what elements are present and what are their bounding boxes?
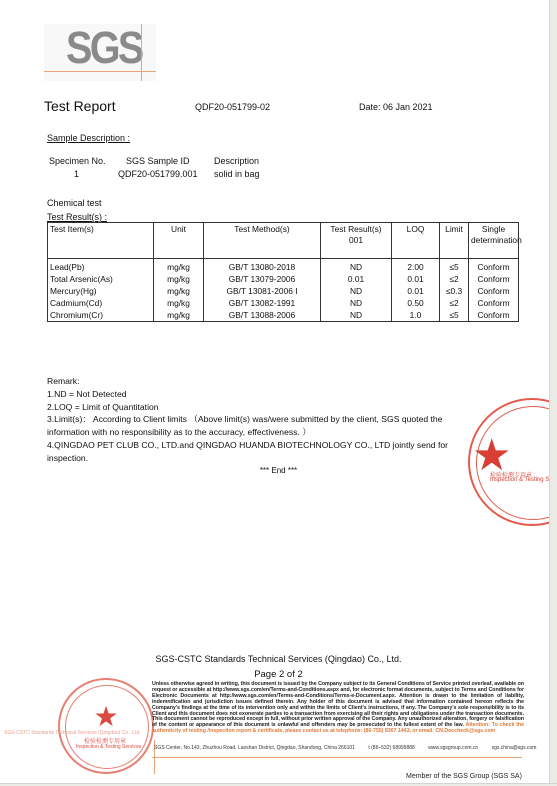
sample-description-heading: Sample Description :: [47, 133, 130, 143]
col-header-result: Test Result(s) 001: [321, 223, 392, 259]
report-date: Date: 06 Jan 2021: [359, 102, 433, 112]
cell-unit: mg/kg: [154, 259, 204, 274]
cell-test-item: Lead(Pb): [48, 259, 154, 274]
table-row: Cadmium(Cd) mg/kg GB/T 13082-1991 ND 0.5…: [48, 297, 519, 309]
test-results-table: Test Item(s) Unit Test Method(s) Test Re…: [47, 222, 519, 322]
cell-loq: 2.00: [392, 259, 440, 274]
logo-rule-vertical: [141, 24, 142, 81]
cell-result: ND: [321, 309, 392, 322]
table-header-row: Test Item(s) Unit Test Method(s) Test Re…: [48, 223, 519, 259]
footer-rule-horizontal: [152, 757, 522, 758]
page-number: Page 2 of 2: [0, 669, 557, 680]
seal-en-text: Inspection & Testing Services: [490, 477, 557, 483]
cell-loq: 0.01: [392, 273, 440, 285]
remark-item: 2.LOQ = Limit of Quantitation: [47, 401, 487, 414]
cell-method: GB/T 13079-2006: [204, 273, 321, 285]
sample-id: QDF20-051799.001: [118, 169, 198, 179]
cell-determination: Conform: [469, 273, 519, 285]
col-header-determination: Single determination: [469, 223, 519, 259]
cell-determination: Conform: [469, 309, 519, 322]
cell-test-item: Total Arsenic(As): [48, 273, 154, 285]
terms-text: Unless otherwise agreed in writing, this…: [152, 681, 524, 728]
col-header-loq: LOQ: [392, 223, 440, 259]
cell-result: ND: [321, 297, 392, 309]
sample-header-description: Description: [214, 156, 259, 166]
cell-loq: 0.01: [392, 285, 440, 297]
remark-section: Remark: 1.ND = Not Detected 2.LOQ = Limi…: [47, 375, 487, 465]
sgs-member-statement: Member of the SGS Group (SGS SA): [406, 773, 522, 780]
seal-en-text: Inspection & Testing Services: [76, 744, 141, 750]
remark-item: 4.QINGDAO PET CLUB CO., LTD.and QINGDAO …: [47, 439, 487, 465]
cell-limit: ≤2: [440, 273, 469, 285]
remark-title: Remark:: [47, 375, 487, 388]
chemical-test-label: Chemical test: [47, 198, 102, 208]
footer-phone: t (86–532) 68999888: [368, 745, 414, 751]
cell-test-item: Chromium(Cr): [48, 309, 154, 322]
remark-item: 3.Limit(s)： According to Client limits （…: [47, 413, 487, 439]
cell-test-item: Mercury(Hg): [48, 285, 154, 297]
cell-unit: mg/kg: [154, 273, 204, 285]
cell-loq: 0.50: [392, 297, 440, 309]
sgs-logo-text: SGS: [66, 22, 142, 74]
sample-header-id: SGS Sample ID: [126, 156, 190, 166]
col-header-limit: Limit: [440, 223, 469, 259]
sample-header-specimen: Specimen No.: [49, 156, 106, 166]
cell-determination: Conform: [469, 297, 519, 309]
cell-test-item: Cadmium(Cd): [48, 297, 154, 309]
footer-address: SGS Center, No.143, Zhuzhou Road, Laosha…: [154, 745, 355, 751]
cell-loq: 1.0: [392, 309, 440, 322]
terms-and-conditions: Unless otherwise agreed in writing, this…: [152, 682, 524, 735]
cell-limit: ≤0.3: [440, 285, 469, 297]
table-row: Lead(Pb) mg/kg GB/T 13080-2018 ND 2.00 ≤…: [48, 259, 519, 274]
seal-star-icon: ★: [60, 700, 152, 733]
sgs-logo: SGS: [44, 24, 156, 81]
cell-limit: ≤2: [440, 297, 469, 309]
table-row: Mercury(Hg) mg/kg GB/T 13081-2006 I ND 0…: [48, 285, 519, 297]
col-header-test-item: Test Item(s): [48, 223, 154, 259]
cell-unit: mg/kg: [154, 309, 204, 322]
cell-result: 0.01: [321, 273, 392, 285]
cell-unit: mg/kg: [154, 285, 204, 297]
seal-ring-text: SGS-CSTC Standards Technical Services (Q…: [4, 730, 141, 736]
remark-item: 1.ND = Not Detected: [47, 388, 487, 401]
footer-website[interactable]: www.sgsgroup.com.cn: [428, 745, 478, 751]
official-seal-left: ★ 检验检测专用章 Inspection & Testing Services: [58, 678, 154, 774]
cell-limit: ≤5: [440, 309, 469, 322]
footer-address-bar: SGS Center, No.143, Zhuzhou Road, Laosha…: [154, 745, 524, 751]
cell-result: ND: [321, 285, 392, 297]
cell-method: GB/T 13088-2006: [204, 309, 321, 322]
cell-unit: mg/kg: [154, 297, 204, 309]
report-page: SGS Test Report QDF20-051799-02 Date: 06…: [0, 0, 549, 783]
vertical-scrollbar[interactable]: [549, 0, 557, 786]
logo-rule-horizontal: [44, 71, 156, 72]
col-header-method: Test Method(s): [204, 223, 321, 259]
cell-method: GB/T 13080-2018: [204, 259, 321, 274]
cell-method: GB/T 13081-2006 I: [204, 285, 321, 297]
test-results-heading: Test Result(s) :: [47, 212, 107, 222]
cell-determination: Conform: [469, 259, 519, 274]
cell-method: GB/T 13082-1991: [204, 297, 321, 309]
cell-determination: Conform: [469, 285, 519, 297]
sample-specimen-no: 1: [74, 169, 79, 179]
report-title: Test Report: [44, 98, 116, 114]
sample-description: solid in bag: [214, 169, 260, 179]
report-number: QDF20-051799-02: [195, 102, 270, 112]
table-row: Chromium(Cr) mg/kg GB/T 13088-2006 ND 1.…: [48, 309, 519, 322]
footer-company-name: SGS-CSTC Standards Technical Services (Q…: [0, 654, 557, 664]
footer-email[interactable]: sgs.china@sgs.com: [492, 745, 537, 751]
table-row: Total Arsenic(As) mg/kg GB/T 13079-2006 …: [48, 273, 519, 285]
cell-limit: ≤5: [440, 259, 469, 274]
col-header-unit: Unit: [154, 223, 204, 259]
cell-result: ND: [321, 259, 392, 274]
